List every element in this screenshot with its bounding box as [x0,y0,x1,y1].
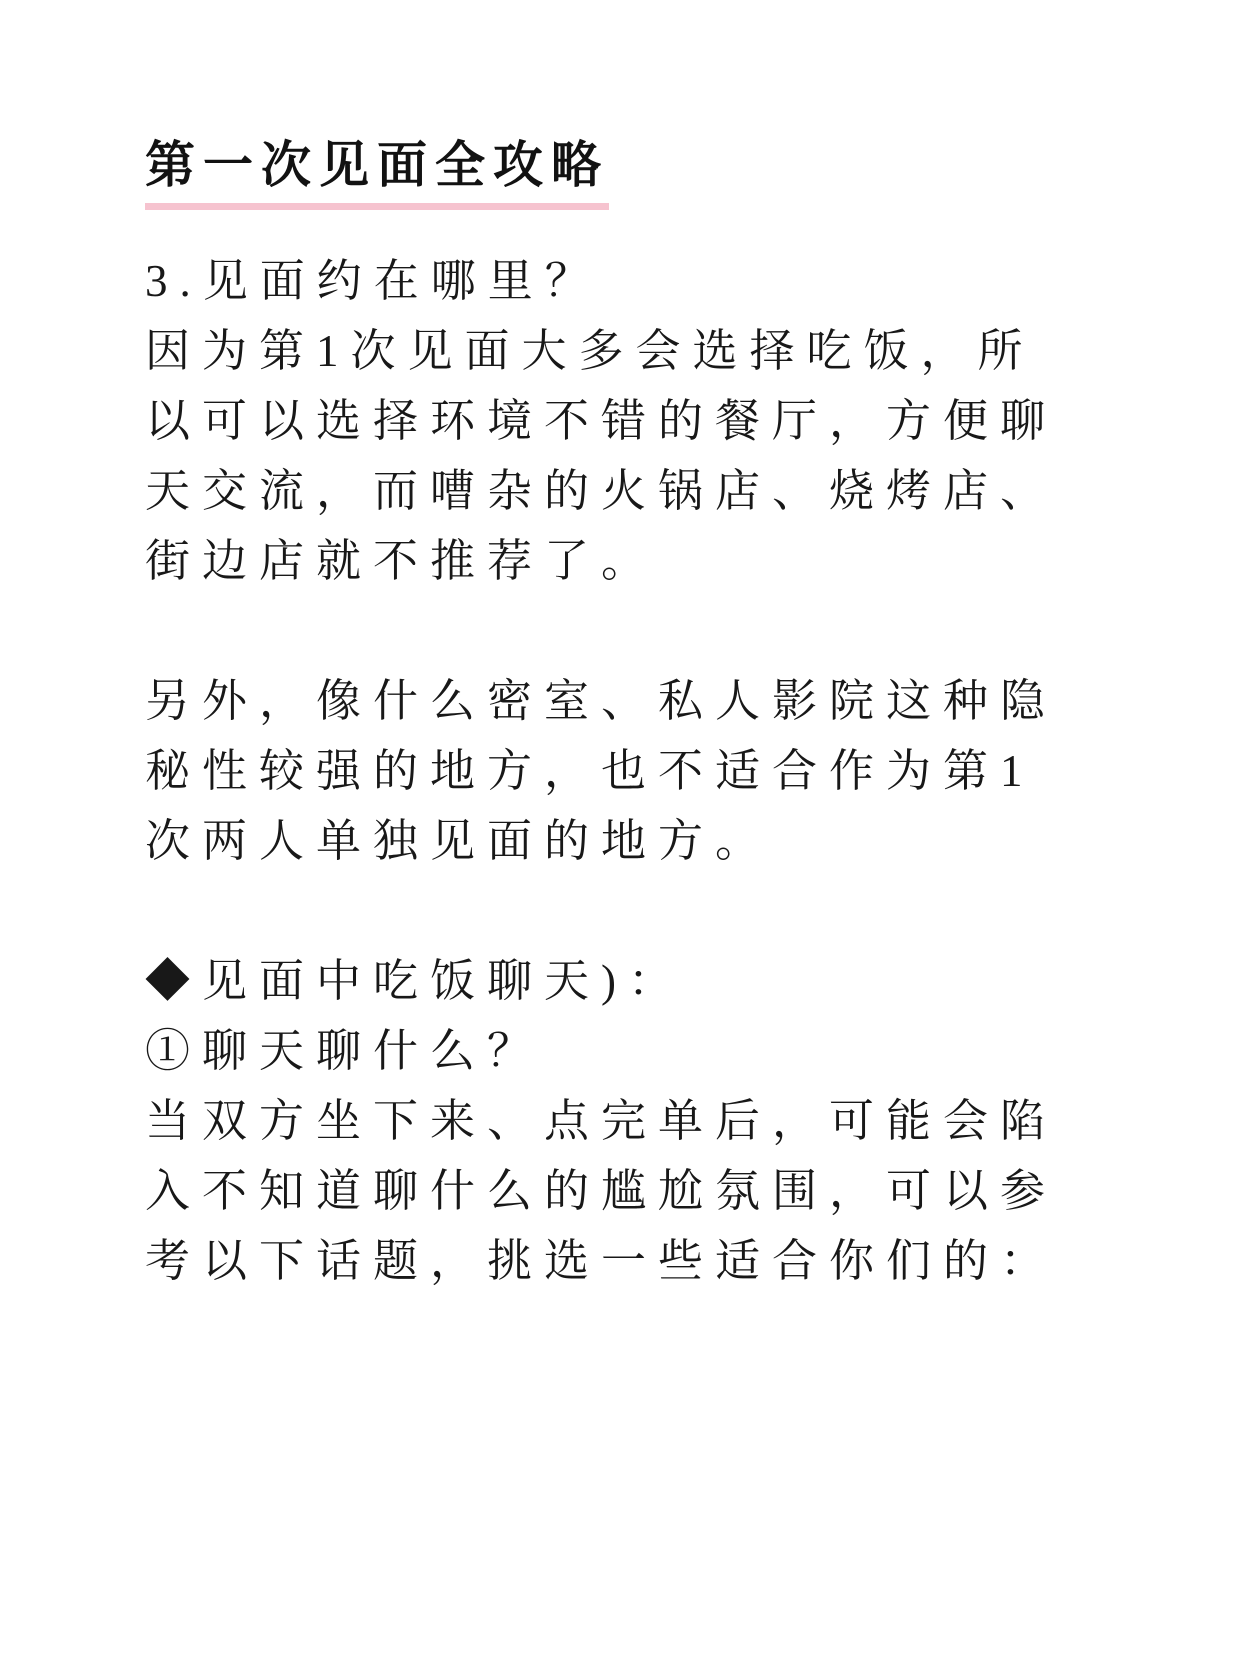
text-line: ①聊天聊什么？ [145,1016,1105,1086]
text-line: 因为第1次见面大多会选择吃饭，所 [145,316,1105,386]
section-privacy-warning: 另外，像什么密室、私人影院这种隐 秘性较强的地方，也不适合作为第1 次两人单独见… [145,666,1105,876]
text-line: 街边店就不推荐了。 [145,526,1105,596]
text-line: 入不知道聊什么的尴尬氛围，可以参 [145,1156,1105,1226]
text-line: 次两人单独见面的地方。 [145,806,1105,876]
section-chat-topics: ◆见面中吃饭聊天)： ①聊天聊什么？ 当双方坐下来、点完单后，可能会陷 入不知道… [145,946,1105,1296]
text-line: 秘性较强的地方，也不适合作为第1 [145,736,1105,806]
page-title-underline: 第一次见面全攻略 [145,138,609,210]
text-line: 天交流，而嘈杂的火锅店、烧烤店、 [145,456,1105,526]
section-meeting-location: 3.见面约在哪里？ 因为第1次见面大多会选择吃饭，所 以可以选择环境不错的餐厅，… [145,246,1105,596]
text-line: 3.见面约在哪里？ [145,246,1105,316]
article-body: 3.见面约在哪里？ 因为第1次见面大多会选择吃饭，所 以可以选择环境不错的餐厅，… [145,246,1105,1296]
text-line: 另外，像什么密室、私人影院这种隐 [145,666,1105,736]
text-line: 当双方坐下来、点完单后，可能会陷 [145,1086,1105,1156]
article-content: 第一次见面全攻略 3.见面约在哪里？ 因为第1次见面大多会选择吃饭，所 以可以选… [145,138,1105,1296]
text-line: ◆见面中吃饭聊天)： [145,946,1105,1016]
text-line: 考以下话题，挑选一些适合你们的： [145,1226,1105,1296]
page-title: 第一次见面全攻略 [145,138,609,193]
text-line: 以可以选择环境不错的餐厅，方便聊 [145,386,1105,456]
article-page: 第一次见面全攻略 3.见面约在哪里？ 因为第1次见面大多会选择吃饭，所 以可以选… [0,0,1242,1660]
